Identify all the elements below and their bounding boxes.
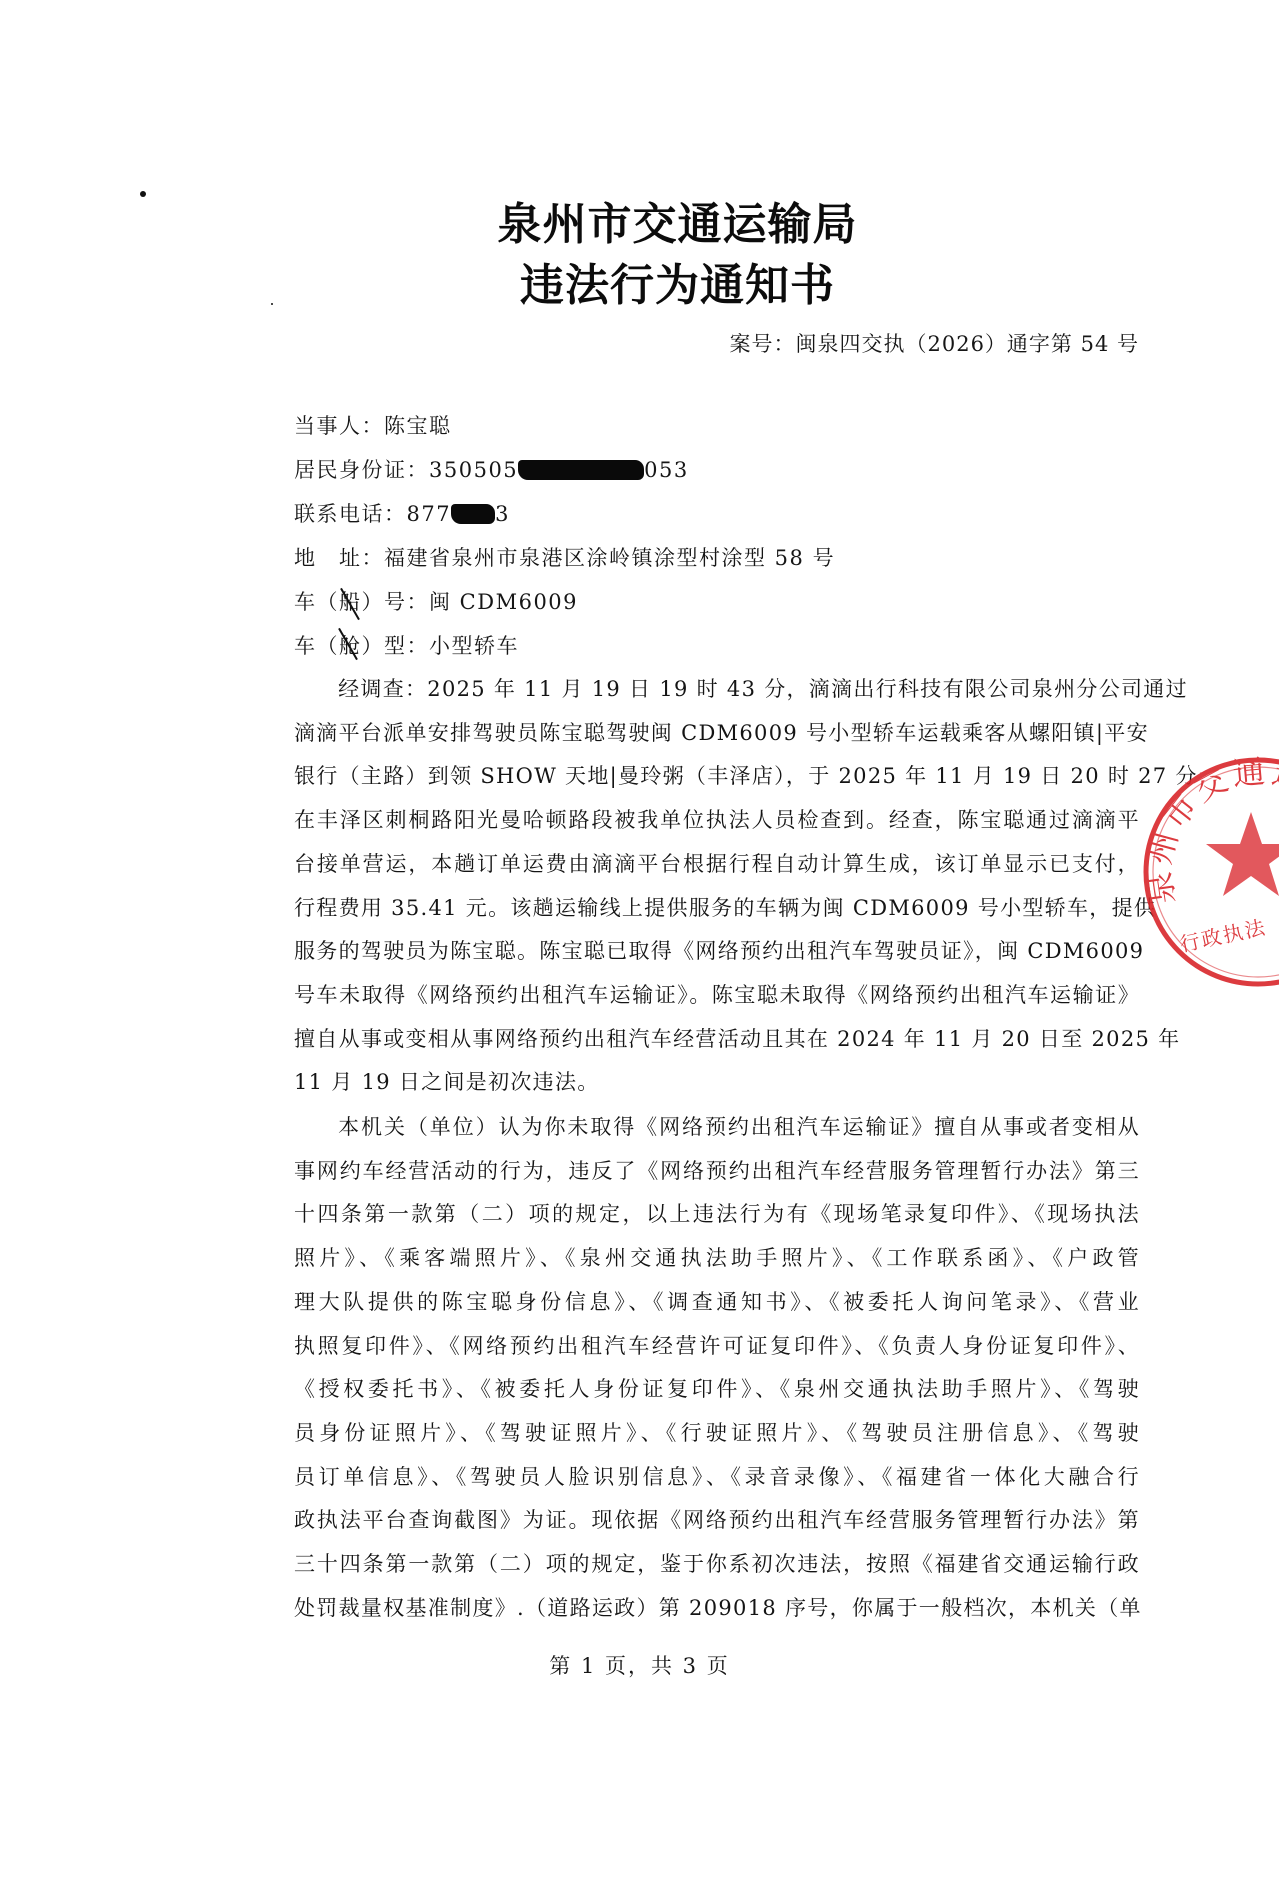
label-part: ）型： [362, 634, 430, 658]
redaction-mark [451, 504, 495, 524]
paragraph-line: 照片》、《乘客端照片》、《泉州交通执法助手照片》、《工作联系函》、《户政管 [294, 1237, 1140, 1281]
address-value: 福建省泉州市泉港区涂岭镇涂型村涂型 58 号 [384, 548, 835, 569]
field-label: 地 址： [294, 548, 384, 569]
paragraph-line: 三十四条第一款第（二）项的规定，鉴于你系初次违法，按照《福建省交通运输行政 [294, 1543, 1140, 1587]
paragraph-line: 滴滴平台派单安排驾驶员陈宝聪驾驶闽 CDM6009 号小型轿车运载乘客从螺阳镇|… [294, 712, 1140, 756]
paragraph-line: 擅自从事或变相从事网络预约出租汽车经营活动且其在 2024 年 11 月 20 … [294, 1018, 1140, 1062]
paragraph-line: 号车未取得《网络预约出租汽车运输证》。陈宝聪未取得《网络预约出租汽车运输证》 [294, 974, 1140, 1018]
field-id-card: 居民身份证：350505053 [294, 460, 689, 481]
vehicle-type-value: 小型轿车 [429, 636, 519, 657]
field-phone: 联系电话：8773 [294, 504, 510, 525]
id-card-suffix: 053 [644, 460, 689, 481]
plate-value: 闽 CDM6009 [429, 592, 578, 613]
paragraph-line: 在丰泽区刺桐路阳光曼哈顿路段被我单位执法人员检查到。经查，陈宝聪通过滴滴平 [294, 799, 1140, 843]
determination-paragraph: 本机关（单位）认为你未取得《网络预约出租汽车运输证》擅自从事或者变相从 事网约车… [294, 1106, 1140, 1630]
field-plate: 车（船）号：闽 CDM6009 [294, 592, 578, 613]
paragraph-line: 员订单信息》、《驾驶员人脸识别信息》、《录音录像》、《福建省一体化大融合行 [294, 1456, 1140, 1500]
field-party: 当事人：陈宝聪 [294, 416, 452, 437]
paragraph-line: 经调查：2025 年 11 月 19 日 19 时 43 分，滴滴出行科技有限公… [294, 668, 1140, 712]
field-label: 当事人： [294, 416, 384, 437]
party-name: 陈宝聪 [384, 416, 452, 437]
paragraph-line: 行程费用 35.41 元。该趟运输线上提供服务的车辆为闽 CDM6009 号小型… [294, 887, 1140, 931]
paragraph-line: 银行（主路）到领 SHOW 天地|曼玲粥（丰泽店），于 2025 年 11 月 … [294, 755, 1140, 799]
label-part: 车（ [294, 634, 339, 658]
paragraph-line: 11 月 19 日之间是初次违法。 [294, 1061, 1140, 1105]
paragraph-line: 服务的驾驶员为陈宝聪。陈宝聪已取得《网络预约出租汽车驾驶员证》，闽 CDM600… [294, 930, 1140, 974]
redaction-mark [518, 460, 644, 480]
paragraph-line: 台接单营运，本趟订单运费由滴滴平台根据行程自动计算生成，该订单显示已支付， [294, 843, 1140, 887]
field-label: 车（舱）型： [294, 636, 429, 657]
document-type-title: 违法行为通知书 [0, 264, 1279, 308]
struck-character: 船 [339, 592, 362, 613]
paragraph-line: 处罚裁量权基准制度》.（道路运政）第 209018 序号，你属于一般档次，本机关… [294, 1587, 1140, 1631]
phone-prefix: 877 [407, 504, 452, 525]
official-seal-icon: 泉州市交通运输 行政执法 (01 [1138, 752, 1279, 992]
paragraph-line: 本机关（单位）认为你未取得《网络预约出租汽车运输证》擅自从事或者变相从 [294, 1106, 1140, 1150]
paragraph-line: 理大队提供的陈宝聪身份信息》、《调查通知书》、《被委托人询问笔录》、《营业 [294, 1281, 1140, 1325]
paragraph-line: 《授权委托书》、《被委托人身份证复印件》、《泉州交通执法助手照片》、《驾驶 [294, 1368, 1140, 1412]
page-indicator: 第 1 页，共 3 页 [0, 1650, 1279, 1680]
case-number: 案号：闽泉四交执（2026）通字第 54 号 [729, 328, 1139, 358]
label-part: 车（ [294, 590, 339, 614]
paragraph-line: 员身份证照片》、《驾驶证照片》、《行驶证照片》、《驾驶员注册信息》、《驾驶 [294, 1412, 1140, 1456]
issuer-title: 泉州市交通运输局 [0, 203, 1279, 247]
field-label: 居民身份证： [294, 460, 429, 481]
phone-suffix: 3 [495, 504, 510, 525]
seal-star-icon [1206, 812, 1279, 896]
id-card-prefix: 350505 [429, 460, 518, 481]
paragraph-line: 执照复印件》、《网络预约出租汽车经营许可证复印件》、《负责人身份证复印件》、 [294, 1325, 1140, 1369]
paragraph-line: 事网约车经营活动的行为，违反了《网络预约出租汽车经营服务管理暂行办法》第三 [294, 1150, 1140, 1194]
field-address: 地 址：福建省泉州市泉港区涂岭镇涂型村涂型 58 号 [294, 548, 835, 569]
field-label: 车（船）号： [294, 592, 429, 613]
field-label: 联系电话： [294, 504, 407, 525]
struck-character: 舱 [339, 636, 362, 657]
seal-text-bottom: 行政执法 [1178, 915, 1269, 957]
label-part: ）号： [362, 590, 430, 614]
field-vehicle-type: 车（舱）型：小型轿车 [294, 636, 519, 657]
paragraph-line: 十四条第一款第（二）项的规定，以上违法行为有《现场笔录复印件》、《现场执法 [294, 1193, 1140, 1237]
scan-speck [140, 191, 146, 197]
investigation-paragraph: 经调查：2025 年 11 月 19 日 19 时 43 分，滴滴出行科技有限公… [294, 668, 1140, 1105]
paragraph-line: 政执法平台查询截图》为证。现依据《网络预约出租汽车经营服务管理暂行办法》第 [294, 1499, 1140, 1543]
